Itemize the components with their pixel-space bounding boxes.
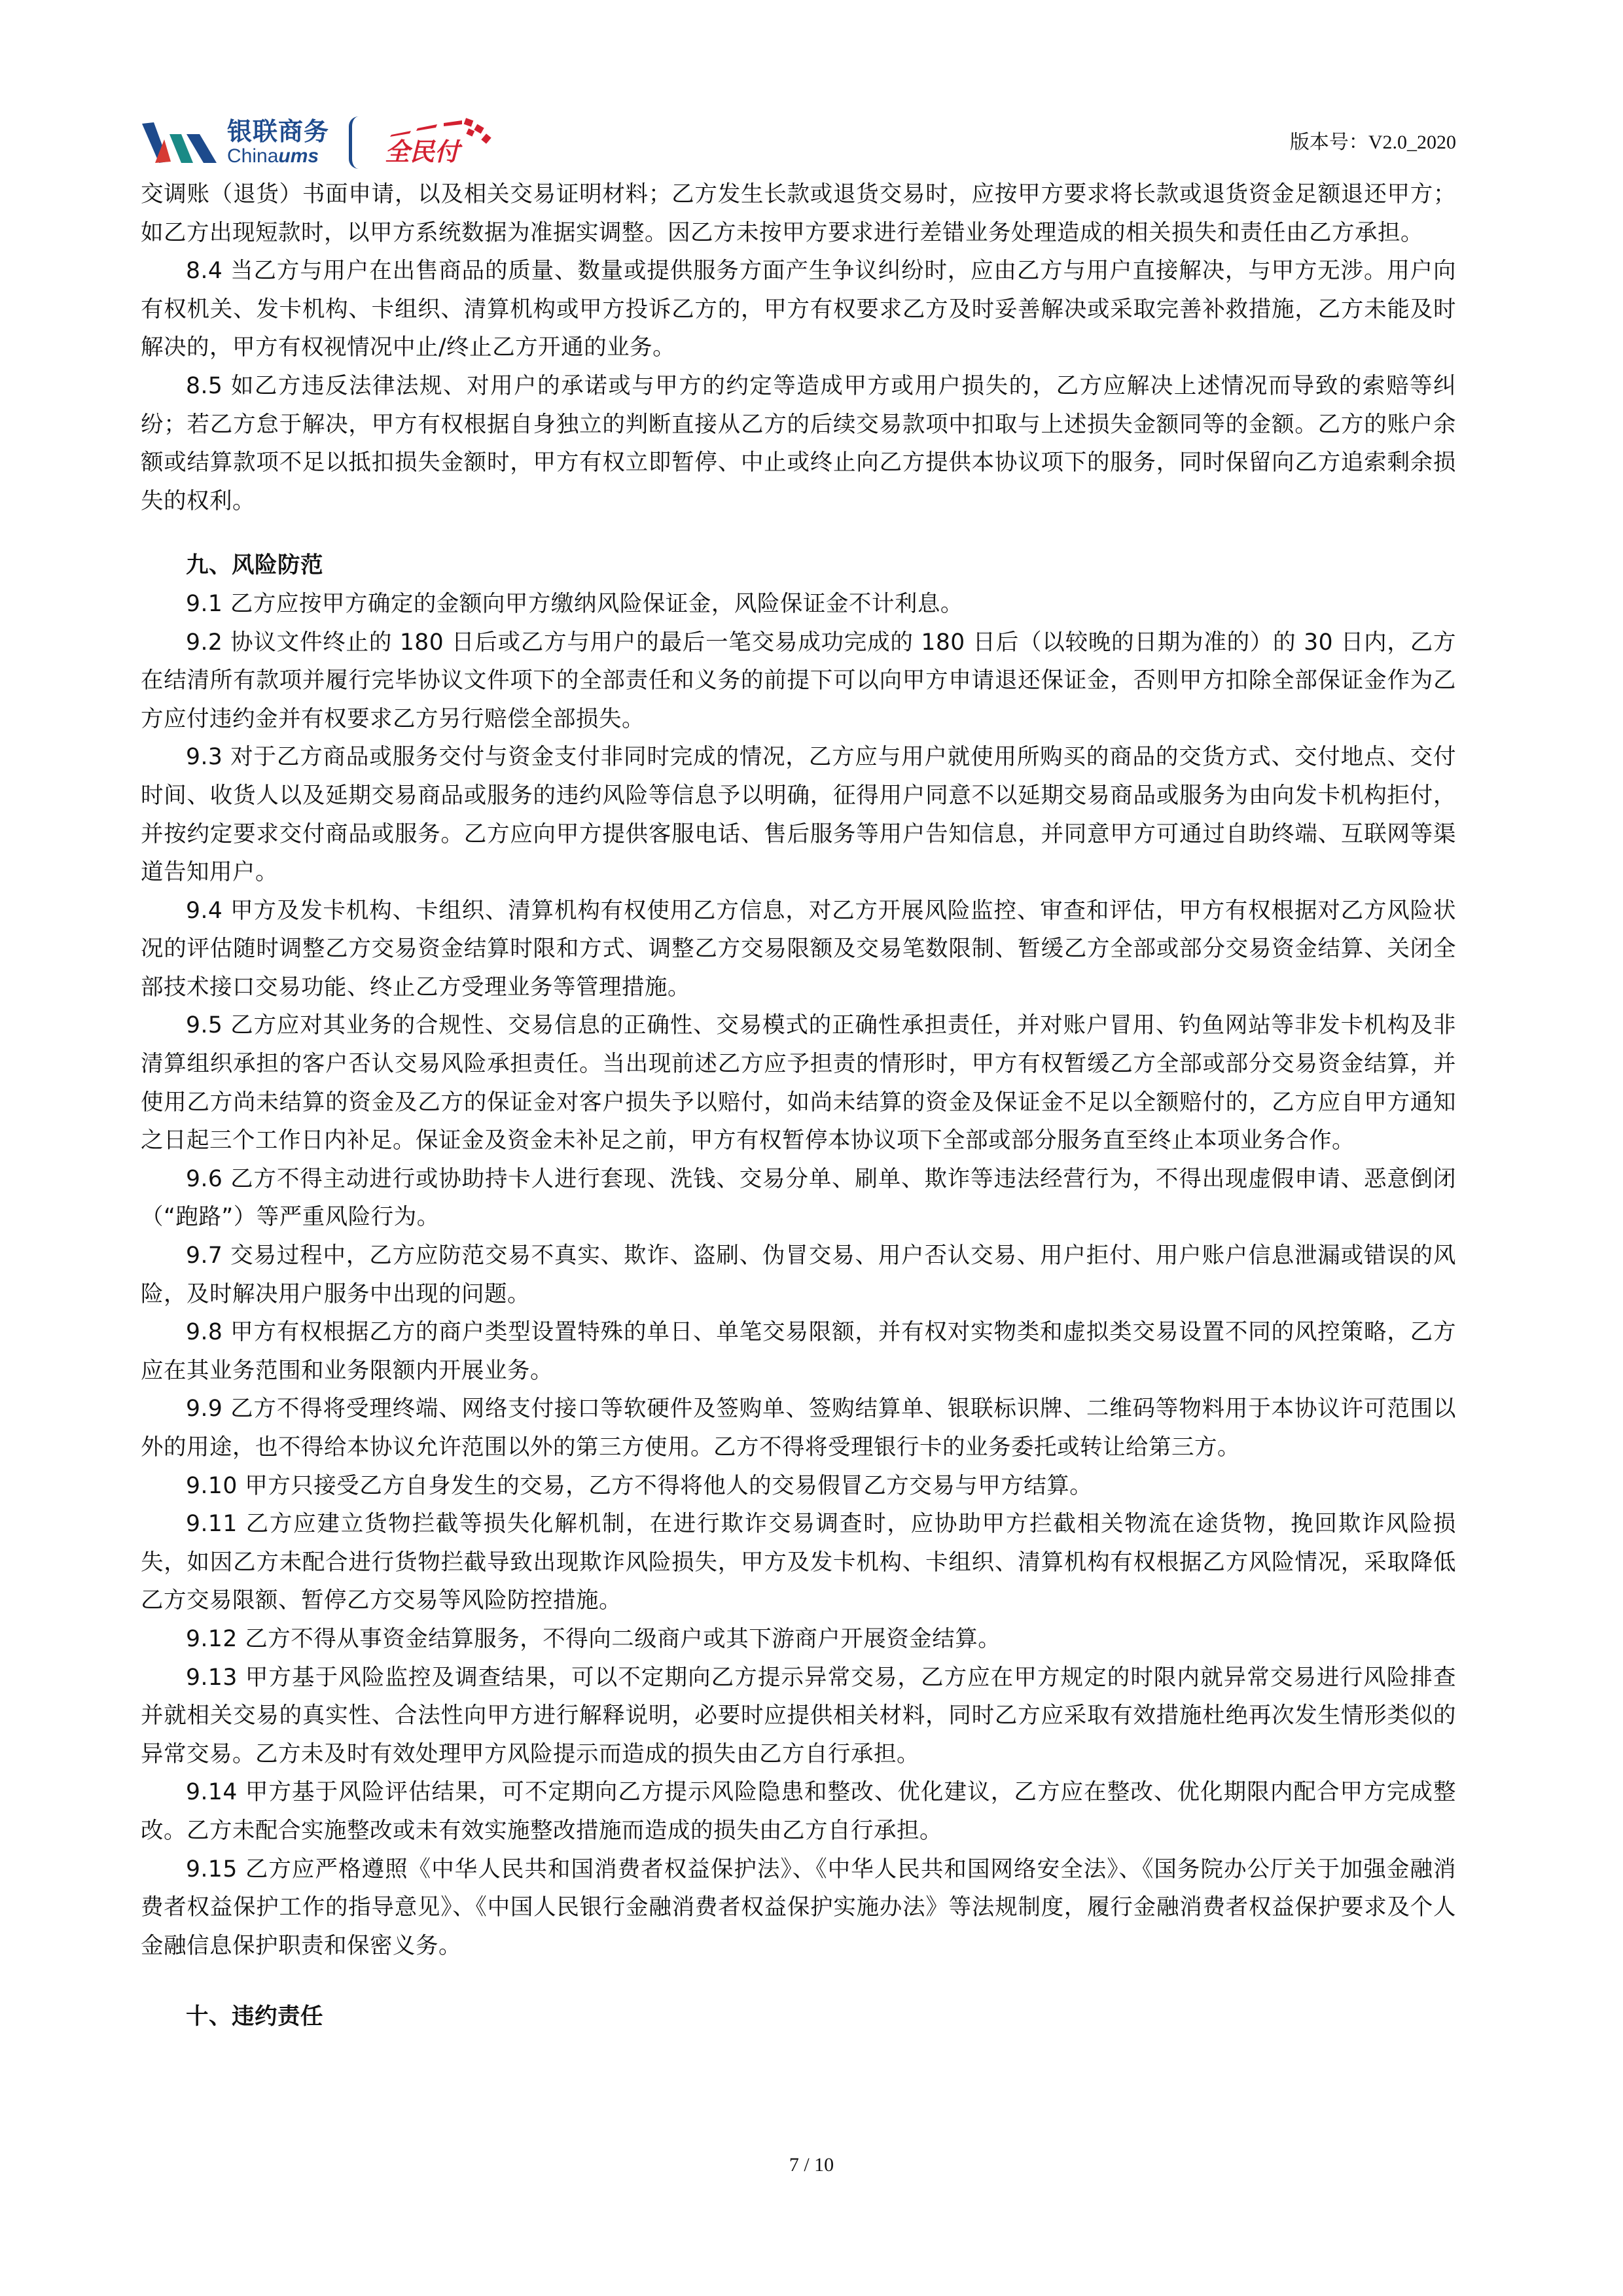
clause-9-3: 9.3 对于乙方商品或服务交付与资金支付非同时完成的情况，乙方应与用户就使用所购… [141,738,1456,891]
clause-9-10: 9.10 甲方只接受乙方自身发生的交易，乙方不得将他人的交易假冒乙方交易与甲方结… [141,1467,1456,1506]
clause-9-13: 9.13 甲方基于风险监控及调查结果，可以不定期向乙方提示异常交易，乙方应在甲方… [141,1659,1456,1774]
version-number: 版本号：V2.0_2020 [1290,126,1456,154]
section-10-heading: 十、违约责任 [141,1998,1456,2036]
clause-9-1: 9.1 乙方应按甲方确定的金额向甲方缴纳风险保证金，风险保证金不计利息。 [141,585,1456,624]
clause-9-11: 9.11 乙方应建立货物拦截等损失化解机制，在进行欺诈交易调查时，应协助甲方拦截… [141,1505,1456,1620]
chinaums-logo-icon [141,120,219,166]
clause-9-2: 9.2 协议文件终止的 180 日后或乙方与用户的最后一笔交易成功完成的 180… [141,624,1456,739]
continued-paragraph: 交调账（退货）书面申请，以及相关交易证明材料；乙方发生长款或退货交易时，应按甲方… [141,175,1456,252]
clause-8-5: 8.5 如乙方违反法律法规、对用户的承诺或与甲方的约定等造成甲方或用户损失的，乙… [141,367,1456,520]
page-number: 7 / 10 [0,2154,1623,2176]
page-header: 银联商务 Chinaums 全民付 版本号：V2.0_2020 [141,111,1456,173]
clause-8-4: 8.4 当乙方与用户在出售商品的质量、数量或提供服务方面产生争议纠纷时，应由乙方… [141,252,1456,367]
clause-9-4: 9.4 甲方及发卡机构、卡组织、清算机构有权使用乙方信息，对乙方开展风险监控、审… [141,892,1456,1007]
logo-cn-text: 银联商务 [227,119,329,144]
document-body: 交调账（退货）书面申请，以及相关交易证明材料；乙方发生长款或退货交易时，应按甲方… [141,175,1456,2036]
logo-en-text: Chinaums [227,147,329,166]
company-logo: 银联商务 Chinaums 全民付 [141,111,496,173]
clause-9-7: 9.7 交易过程中，乙方应防范交易不真实、欺诈、盗刷、伪冒交易、用户否认交易、用… [141,1237,1456,1313]
logo-divider [349,116,359,169]
section-spacer [141,520,1456,546]
clause-9-5: 9.5 乙方应对其业务的合规性、交易信息的正确性、交易模式的正确性承担责任，并对… [141,1006,1456,1159]
section-9-heading: 九、风险防范 [141,546,1456,585]
clause-9-8: 9.8 甲方有权根据乙方的商户类型设置特殊的单日、单笔交易限额，并有权对实物类和… [141,1313,1456,1390]
clause-9-12: 9.12 乙方不得从事资金结算服务，不得向二级商户或其下游商户开展资金结算。 [141,1620,1456,1659]
chinaums-wordmark: 银联商务 Chinaums [227,119,329,166]
section-spacer [141,1965,1456,1998]
clause-9-14: 9.14 甲方基于风险评估结果，可不定期向乙方提示风险隐患和整改、优化建议，乙方… [141,1773,1456,1850]
clause-9-15: 9.15 乙方应严格遵照《中华人民共和国消费者权益保护法》、《中华人民共和国网络… [141,1850,1456,1966]
quanminfu-logo: 全民付 [385,116,496,169]
clause-9-9: 9.9 乙方不得将受理终端、网络支付接口等软硬件及签购单、签购结算单、银联标识牌… [141,1390,1456,1466]
clause-9-6: 9.6 乙方不得主动进行或协助持卡人进行套现、洗钱、交易分单、刷单、欺诈等违法经… [141,1160,1456,1237]
sub-brand-text: 全民付 [385,132,459,168]
